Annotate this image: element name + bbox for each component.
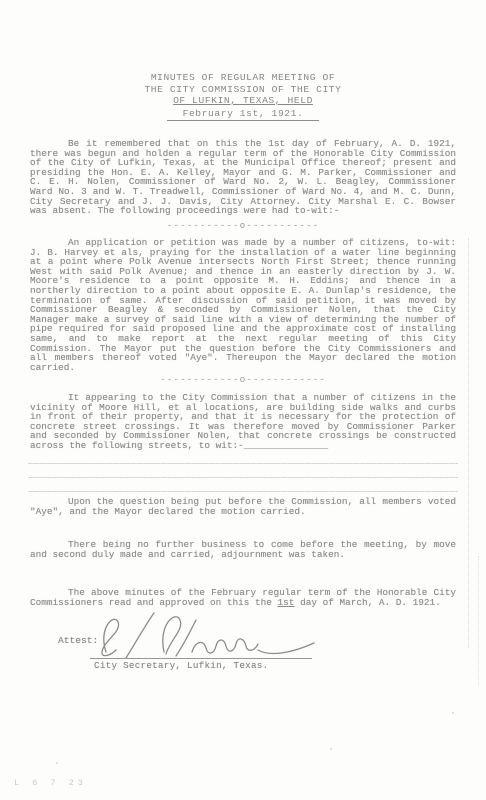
- blank-fill-in-line: ________________________________________…: [28, 469, 458, 480]
- section-separator: -----------o-----------: [0, 220, 486, 231]
- paragraph-adjournment: There being no further business to come …: [30, 540, 456, 559]
- title-date: February 1st, 1921.: [167, 108, 320, 122]
- scan-edge-artifact: [477, 556, 479, 686]
- paragraph-opening: Be it remembered that on this the 1st da…: [30, 139, 456, 216]
- approval-text-suffix: day of March, A. D. 1921.: [294, 597, 440, 608]
- signature-rule: [90, 658, 312, 659]
- title-line-3: OF LUFKIN, TEXAS, HELD: [0, 95, 486, 107]
- handwritten-signature-icon: [92, 608, 322, 662]
- signature-caption: City Secretary, Lufkin, Texas.: [94, 661, 268, 671]
- blank-fill-in-line: ________________________________________…: [28, 483, 458, 494]
- title-line-2: THE CITY COMMISSION OF THE CITY: [0, 84, 486, 96]
- approval-date: 1st: [278, 597, 295, 608]
- title-line-1: MINUTES OF REGULAR MEETING OF: [0, 72, 486, 84]
- document-title: MINUTES OF REGULAR MEETING OF THE CITY C…: [0, 72, 486, 121]
- section-separator: ------------o------------: [0, 374, 486, 385]
- scan-speck: [452, 712, 454, 714]
- paragraph-vote: Upon the question being put before the C…: [30, 497, 456, 516]
- scanned-minutes-page: MINUTES OF REGULAR MEETING OF THE CITY C…: [0, 0, 486, 800]
- scan-speck: [330, 748, 332, 750]
- paragraph-water-line-petition: An application or petition was made by a…: [30, 238, 456, 372]
- scan-edge-artifact: [467, 238, 469, 648]
- archival-footer-mark: L 6 7 23: [14, 778, 87, 788]
- scan-speck: [56, 762, 58, 764]
- secretary-signature: [92, 608, 322, 662]
- paragraph-street-crossings: It appearing to the City Commission that…: [30, 393, 456, 451]
- blank-fill-in-line: ________________________________________…: [28, 455, 458, 466]
- paragraph-approval: The above minutes of the February regula…: [30, 588, 456, 607]
